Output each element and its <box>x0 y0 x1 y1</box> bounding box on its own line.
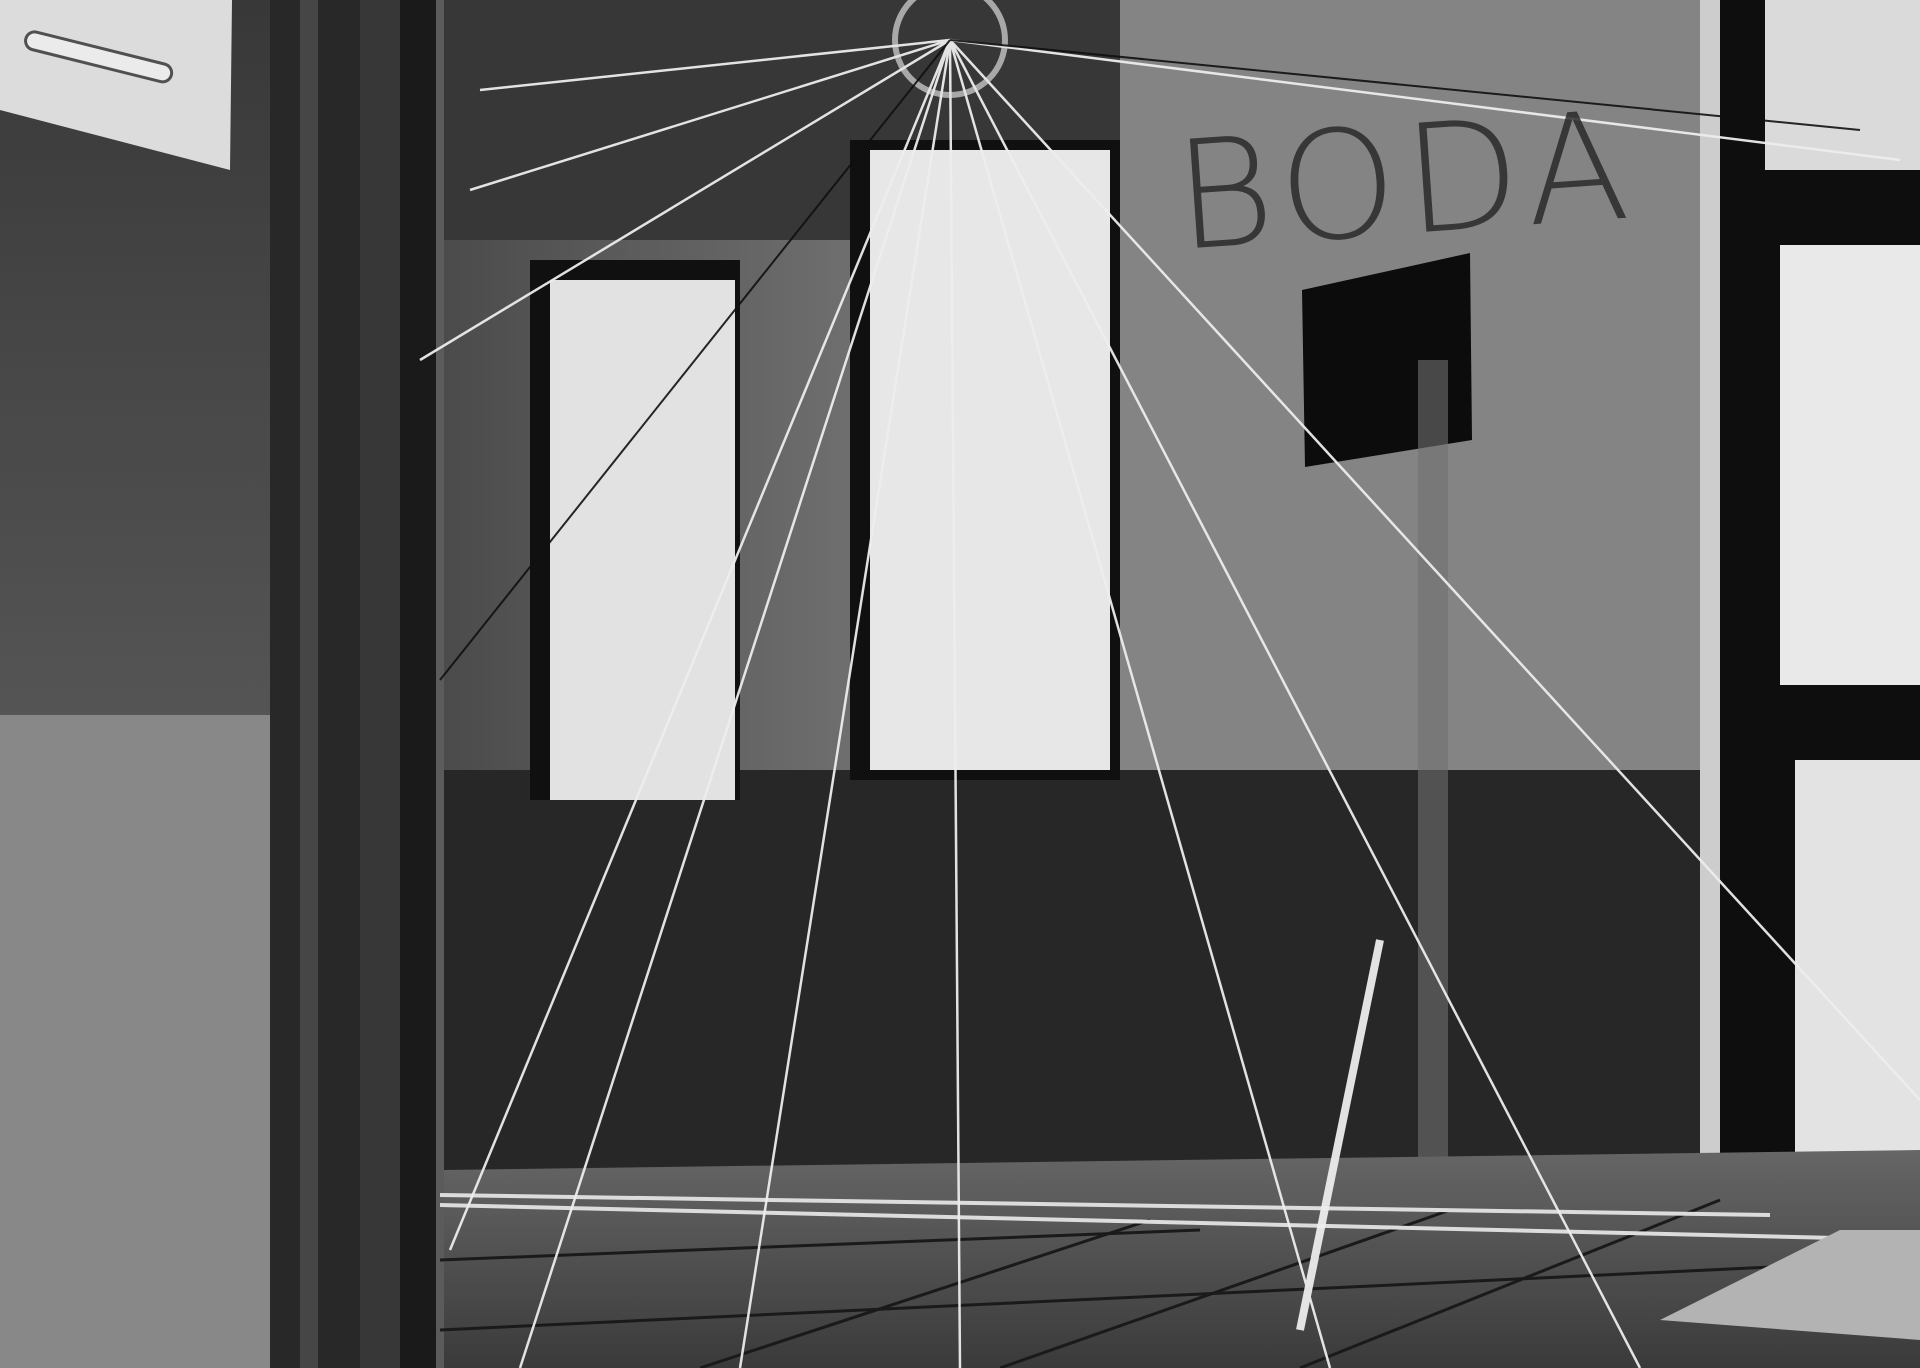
photo-scene: BODA <box>0 0 1920 1368</box>
graffiti-text: BODA <box>1169 79 1641 285</box>
